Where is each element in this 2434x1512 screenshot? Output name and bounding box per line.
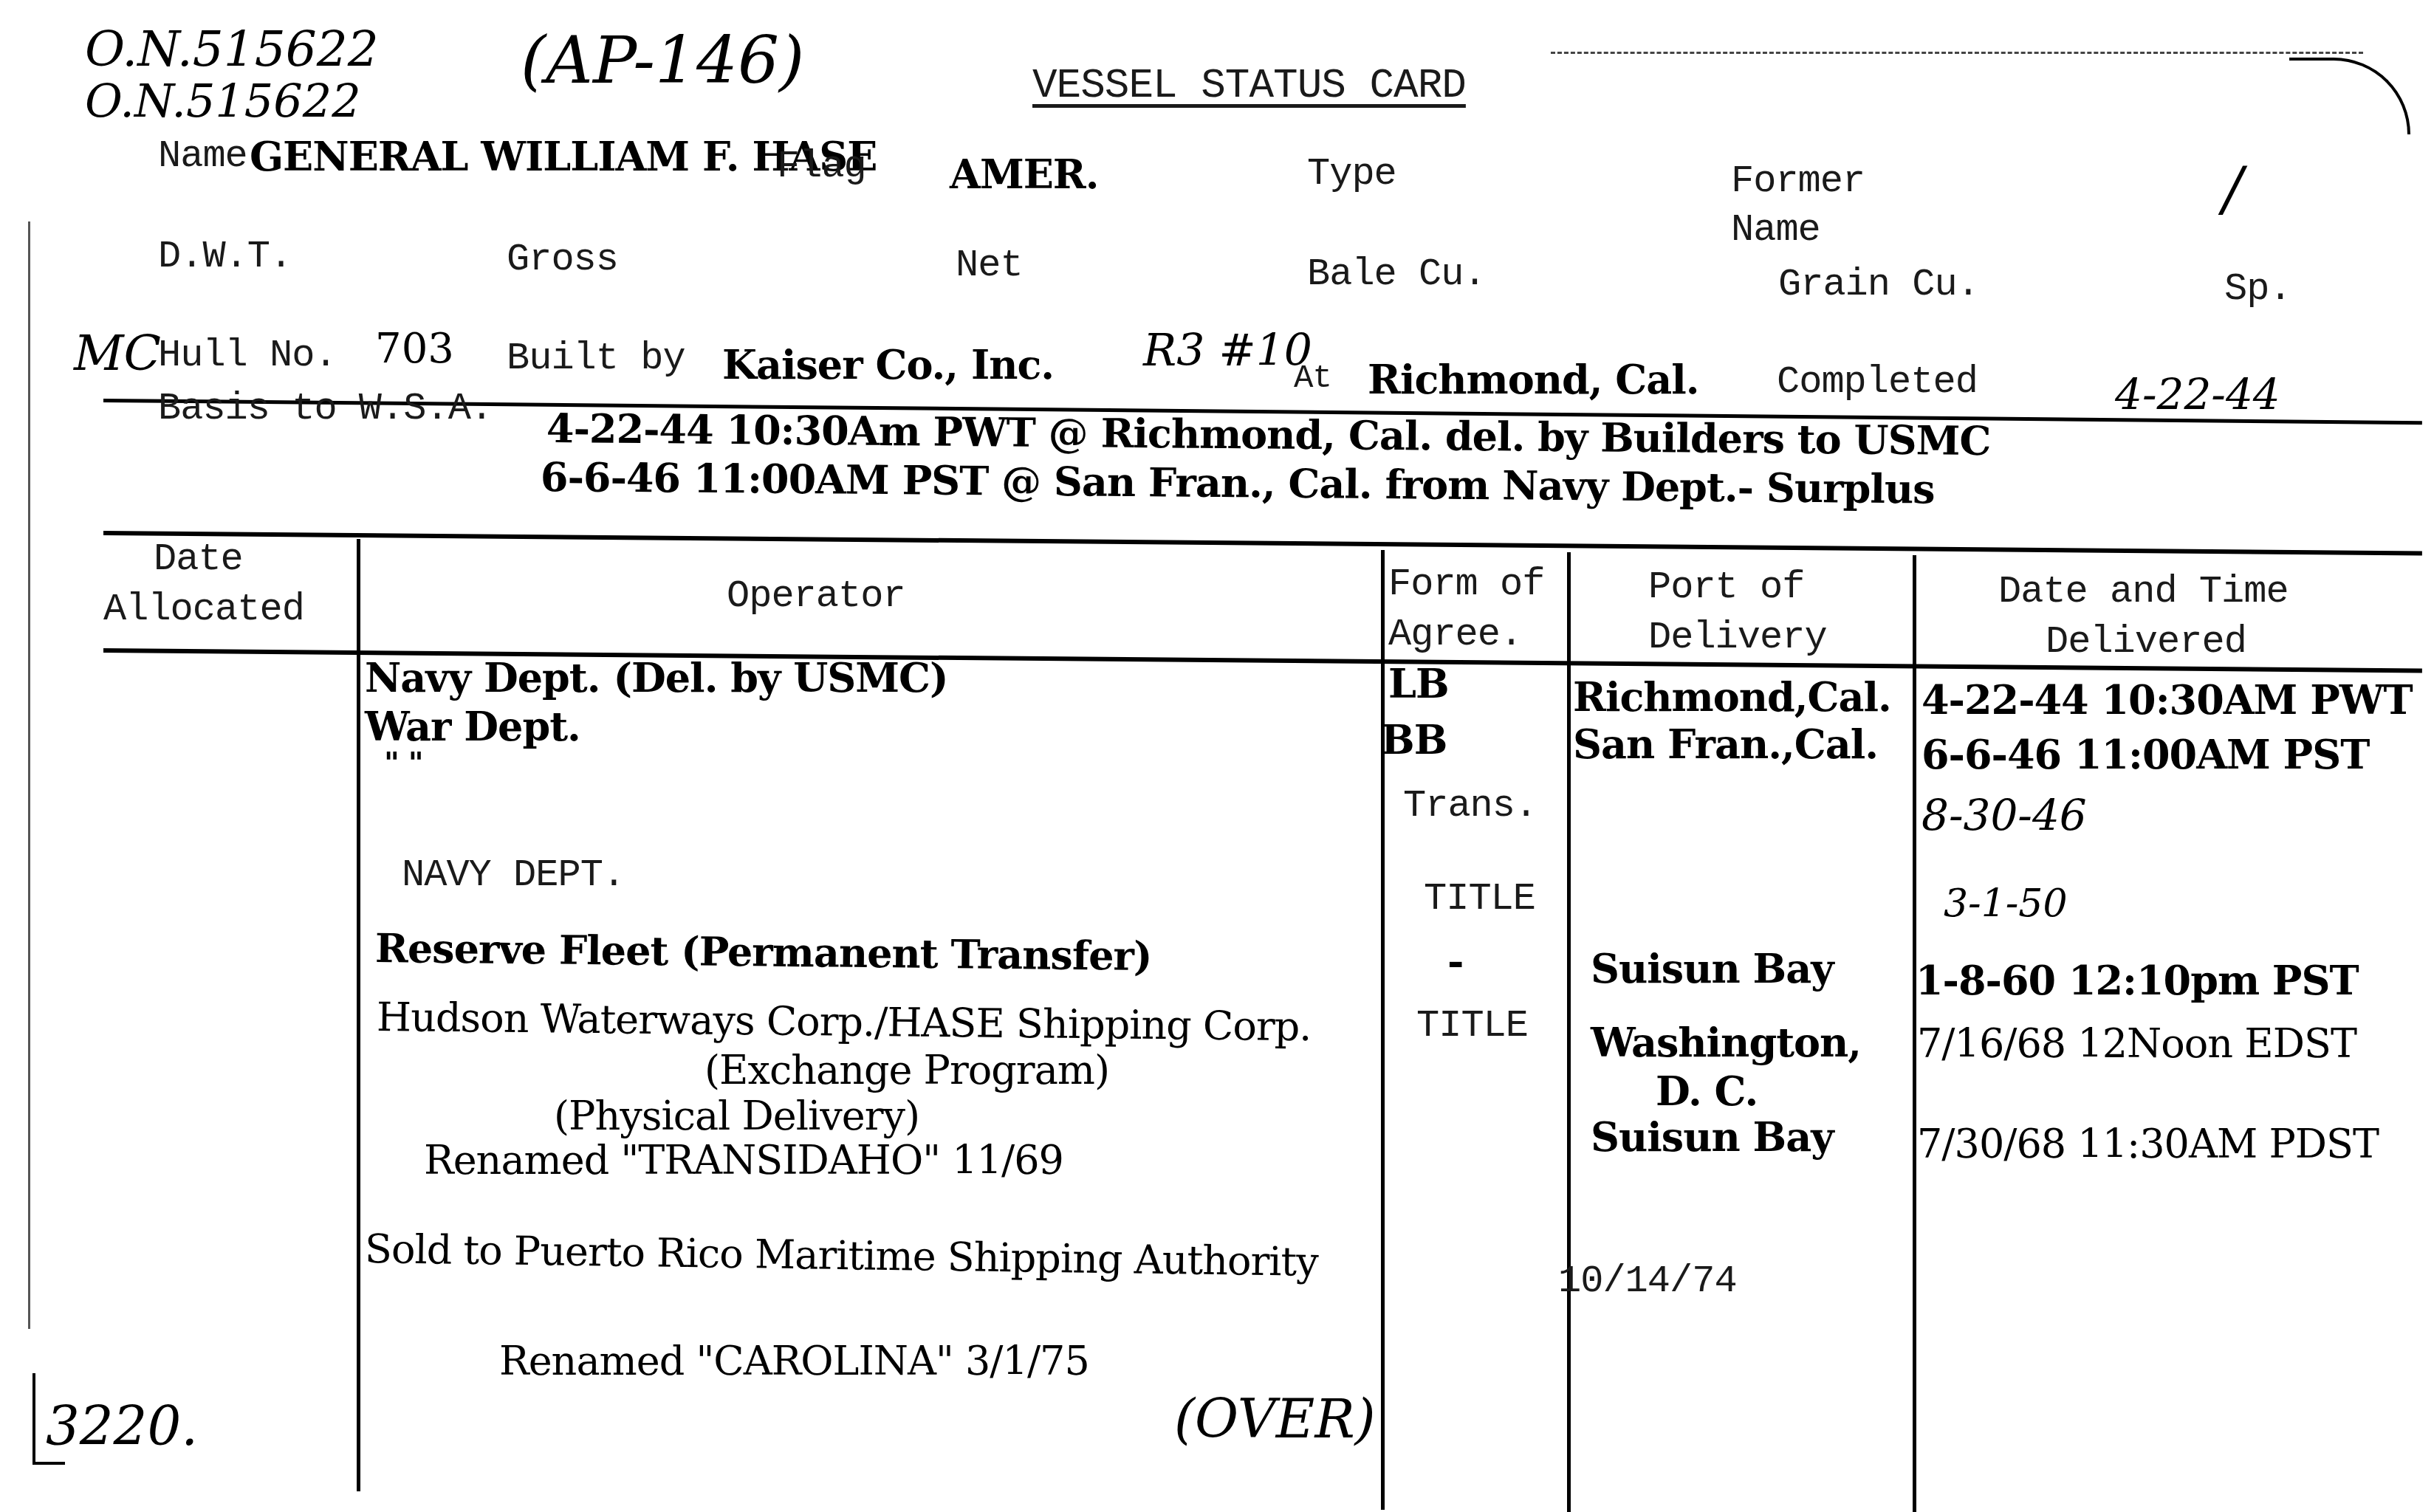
- header-date-allocated-1: Date: [154, 537, 243, 581]
- form-cell: -: [1447, 938, 1463, 985]
- handwritten-official-number-2: O.N.515622: [85, 74, 361, 128]
- handwritten-designation: (AP-146): [521, 22, 804, 98]
- datetime-cell: 4-22-44 10:30AM PWT: [1922, 676, 2413, 724]
- handwritten-mc-prefix: MC: [74, 325, 161, 382]
- dwt-label: D.W.T.: [158, 235, 292, 278]
- header-port-1: Port of: [1648, 566, 1804, 609]
- port-cell: Richmond,Cal.: [1573, 673, 1891, 721]
- hull-label: Hull No.: [158, 334, 337, 377]
- operator-line: Renamed "CAROLINA" 3/1/75: [499, 1338, 1089, 1384]
- port-cell: D. C.: [1656, 1068, 1758, 1115]
- completed-label: Completed: [1777, 360, 1978, 404]
- operator-line: (Exchange Program): [705, 1047, 1109, 1093]
- header-datetime-1: Date and Time: [1998, 570, 2289, 614]
- port-cell: San Fran.,Cal.: [1573, 721, 1878, 768]
- at-value: Richmond, Cal.: [1368, 356, 1699, 403]
- handwritten-over-note: (OVER): [1174, 1388, 1376, 1450]
- datetime-cell: 1-8-60 12:10pm PST: [1916, 957, 2359, 1004]
- port-cell: Suisun Bay: [1591, 1113, 1834, 1161]
- operator-line: Renamed "TRANSIDAHO" 11/69: [424, 1137, 1063, 1183]
- form-cell: LB: [1388, 660, 1449, 707]
- handwritten-official-number-1: O.N.515622: [85, 21, 379, 78]
- column-divider-datetime: [1913, 555, 1916, 1512]
- sp-label: Sp.: [2224, 267, 2291, 311]
- handwritten-slash: /: [2223, 155, 2243, 224]
- operator-line: Hudson Waterways Corp./HASE Shipping Cor…: [377, 994, 1312, 1050]
- operator-line: " ": [384, 746, 423, 780]
- port-cell: Washington,: [1591, 1019, 1861, 1066]
- form-cell: TITLE: [1416, 1004, 1528, 1048]
- port-cell: 10/14/74: [1558, 1260, 1737, 1303]
- operator-line: War Dept.: [365, 703, 580, 750]
- header-datetime-2: Delivered: [2046, 620, 2246, 664]
- handwritten-hull-annotation: R3 #10: [1143, 325, 1312, 377]
- datetime-cell: 3-1-50: [1944, 882, 2067, 926]
- handwritten-bottom-number: 3220.: [46, 1395, 198, 1457]
- form-cell: BB: [1381, 716, 1447, 763]
- hull-value: 703: [375, 325, 454, 373]
- datetime-cell: 7/16/68 12Noon EDST: [1917, 1020, 2356, 1067]
- basis-label: Basis to W.S.A.: [158, 387, 493, 430]
- card-title: VESSEL STATUS CARD: [1032, 62, 1466, 109]
- column-divider-operator: [357, 539, 360, 1491]
- card-corner-curl: [2289, 58, 2410, 134]
- column-divider-form: [1381, 550, 1385, 1510]
- datetime-cell: 6-6-46 11:00AM PST: [1922, 731, 2369, 778]
- table-top-rule: [103, 531, 2422, 555]
- operator-line: Reserve Fleet (Permanent Transfer): [375, 924, 1152, 980]
- column-divider-port: [1567, 552, 1571, 1512]
- header-form-1: Form of: [1388, 563, 1544, 606]
- name-label: Name: [158, 134, 247, 178]
- form-cell: TITLE: [1424, 877, 1535, 921]
- port-cell: Suisun Bay: [1591, 945, 1834, 992]
- bale-label: Bale Cu.: [1307, 252, 1486, 296]
- operator-line: Navy Dept. (Del. by USMC): [365, 654, 948, 701]
- card-top-edge: [1551, 52, 2363, 56]
- datetime-cell: 7/30/68 11:30AM PDST: [1917, 1121, 2379, 1167]
- form-cell: Trans.: [1403, 784, 1537, 828]
- operator-line: (Physical Delivery): [554, 1093, 919, 1139]
- operator-line: Sold to Puerto Rico Maritime Shipping Au…: [365, 1226, 1319, 1285]
- at-label: At: [1294, 360, 1331, 397]
- gross-label: Gross: [507, 238, 618, 281]
- header-date-allocated-2: Allocated: [103, 588, 304, 631]
- grain-label: Grain Cu.: [1778, 263, 1979, 306]
- header-operator: Operator: [727, 574, 905, 618]
- operator-line: NAVY DEPT.: [402, 853, 625, 897]
- net-label: Net: [956, 244, 1023, 287]
- type-label: Type: [1307, 152, 1396, 196]
- bottom-number-bracket: [32, 1373, 65, 1465]
- header-form-2: Agree.: [1388, 613, 1522, 656]
- built-by-value: Kaiser Co., Inc.: [722, 341, 1054, 388]
- card-left-edge: [28, 221, 30, 1329]
- header-port-2: Delivery: [1648, 616, 1827, 659]
- former-name-label-2: Name: [1731, 208, 1820, 252]
- flag-value: AMER.: [950, 151, 1099, 198]
- completed-value: 4-22-44: [2115, 369, 2280, 419]
- datetime-cell: 8-30-46: [1922, 790, 2087, 840]
- basis-line-2: 6-6-46 11:00AM PST @ San Fran., Cal. fro…: [541, 453, 1935, 512]
- built-by-label: Built by: [507, 337, 685, 380]
- flag-label: Flag: [777, 145, 866, 188]
- former-name-label-1: Former: [1731, 159, 1865, 203]
